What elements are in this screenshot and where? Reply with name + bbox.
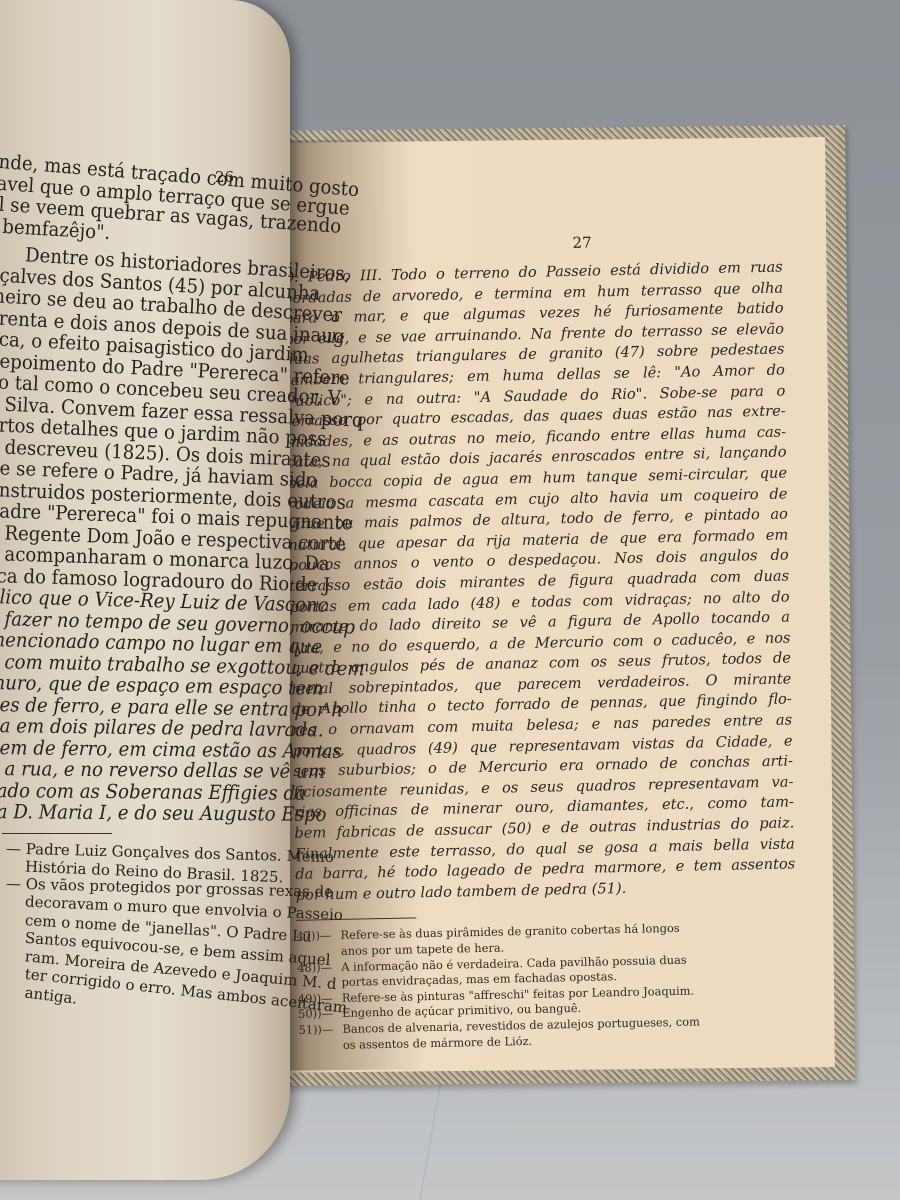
footnotes: 47))—Refere-se às duas pirâmides de gran… <box>296 918 838 1054</box>
table-surface-seam <box>419 1080 441 1200</box>
left-paragraph: ande, mas está traçado com muito gostora… <box>0 150 288 823</box>
text-line: a a rua, e no reverso dellas se vê um <box>0 758 267 782</box>
right-page-content: 27 D. Pedro III. Todo o terreno do Passe… <box>282 229 839 1054</box>
left-footnotes: — Padre Luiz Gonçalves dos Santos. Memo … <box>0 840 288 998</box>
left-page-content: ande, mas está traçado com muito gostora… <box>0 150 288 997</box>
text-line: ra D. Maria I, e do seu Augusto Espo <box>0 801 267 825</box>
main-paragraph: D. Pedro III. Todo o terreno do Passeio … <box>283 258 796 907</box>
footnote-divider <box>2 833 112 834</box>
footnote-marker: 51))— <box>298 1022 343 1054</box>
